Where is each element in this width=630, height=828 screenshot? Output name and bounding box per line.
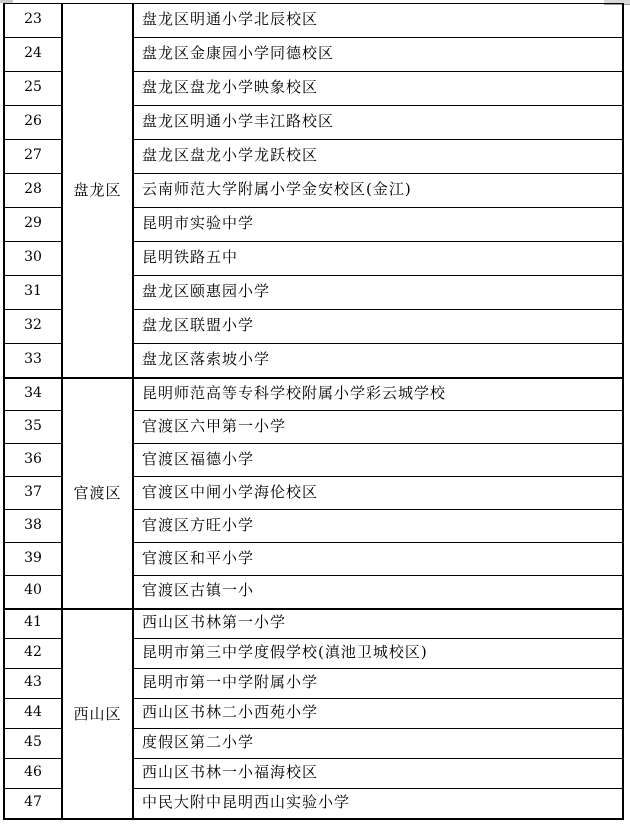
row-number: 26 bbox=[4, 106, 62, 140]
school-name: 昆明师范高等专科学校附属小学彩云城学校 bbox=[133, 378, 623, 411]
district-cell: 盘龙区 bbox=[62, 4, 133, 378]
school-name: 云南师范大学附属小学金安校区(金江) bbox=[133, 174, 623, 208]
row-number: 24 bbox=[4, 38, 62, 72]
row-number: 45 bbox=[4, 729, 62, 759]
school-list-table: 23盘龙区盘龙区明通小学北辰校区24盘龙区金康园小学同德校区25盘龙区盘龙小学映… bbox=[3, 3, 624, 820]
row-number: 29 bbox=[4, 208, 62, 242]
school-name: 昆明市实验中学 bbox=[133, 208, 623, 242]
row-number: 41 bbox=[4, 609, 62, 639]
school-name: 度假区第二小学 bbox=[133, 729, 623, 759]
school-name: 盘龙区落索坡小学 bbox=[133, 344, 623, 378]
row-number: 37 bbox=[4, 477, 62, 510]
school-name: 官渡区和平小学 bbox=[133, 543, 623, 576]
school-name: 官渡区福德小学 bbox=[133, 444, 623, 477]
row-number: 40 bbox=[4, 576, 62, 609]
district-cell: 官渡区 bbox=[62, 378, 133, 609]
row-number: 39 bbox=[4, 543, 62, 576]
table-row: 34官渡区昆明师范高等专科学校附属小学彩云城学校 bbox=[4, 378, 623, 411]
school-name: 盘龙区颐惠园小学 bbox=[133, 276, 623, 310]
school-name: 昆明铁路五中 bbox=[133, 242, 623, 276]
school-name: 昆明市第一中学附属小学 bbox=[133, 669, 623, 699]
table-row: 41西山区西山区书林第一小学 bbox=[4, 609, 623, 639]
school-name: 昆明市第三中学度假学校(滇池卫城校区) bbox=[133, 639, 623, 669]
row-number: 35 bbox=[4, 411, 62, 444]
school-name: 盘龙区明通小学丰江路校区 bbox=[133, 106, 623, 140]
row-number: 43 bbox=[4, 669, 62, 699]
row-number: 30 bbox=[4, 242, 62, 276]
row-number: 27 bbox=[4, 140, 62, 174]
row-number: 47 bbox=[4, 789, 62, 819]
row-number: 33 bbox=[4, 344, 62, 378]
row-number: 28 bbox=[4, 174, 62, 208]
row-number: 31 bbox=[4, 276, 62, 310]
school-name: 西山区书林二小西苑小学 bbox=[133, 699, 623, 729]
school-table-body: 23盘龙区盘龙区明通小学北辰校区24盘龙区金康园小学同德校区25盘龙区盘龙小学映… bbox=[4, 4, 623, 819]
school-name: 中民大附中昆明西山实验小学 bbox=[133, 789, 623, 819]
row-number: 46 bbox=[4, 759, 62, 789]
school-name: 西山区书林一小福海校区 bbox=[133, 759, 623, 789]
school-name: 盘龙区明通小学北辰校区 bbox=[133, 4, 623, 38]
row-number: 25 bbox=[4, 72, 62, 106]
row-number: 36 bbox=[4, 444, 62, 477]
row-number: 44 bbox=[4, 699, 62, 729]
school-name: 官渡区中闸小学海伦校区 bbox=[133, 477, 623, 510]
school-name: 西山区书林第一小学 bbox=[133, 609, 623, 639]
table-row: 23盘龙区盘龙区明通小学北辰校区 bbox=[4, 4, 623, 38]
school-name: 官渡区六甲第一小学 bbox=[133, 411, 623, 444]
row-number: 42 bbox=[4, 639, 62, 669]
district-cell: 西山区 bbox=[62, 609, 133, 819]
row-number: 34 bbox=[4, 378, 62, 411]
school-name: 盘龙区盘龙小学龙跃校区 bbox=[133, 140, 623, 174]
school-name: 官渡区古镇一小 bbox=[133, 576, 623, 609]
school-name: 盘龙区联盟小学 bbox=[133, 310, 623, 344]
row-number: 32 bbox=[4, 310, 62, 344]
school-name: 盘龙区金康园小学同德校区 bbox=[133, 38, 623, 72]
school-name: 盘龙区盘龙小学映象校区 bbox=[133, 72, 623, 106]
school-name: 官渡区方旺小学 bbox=[133, 510, 623, 543]
row-number: 23 bbox=[4, 4, 62, 38]
row-number: 38 bbox=[4, 510, 62, 543]
